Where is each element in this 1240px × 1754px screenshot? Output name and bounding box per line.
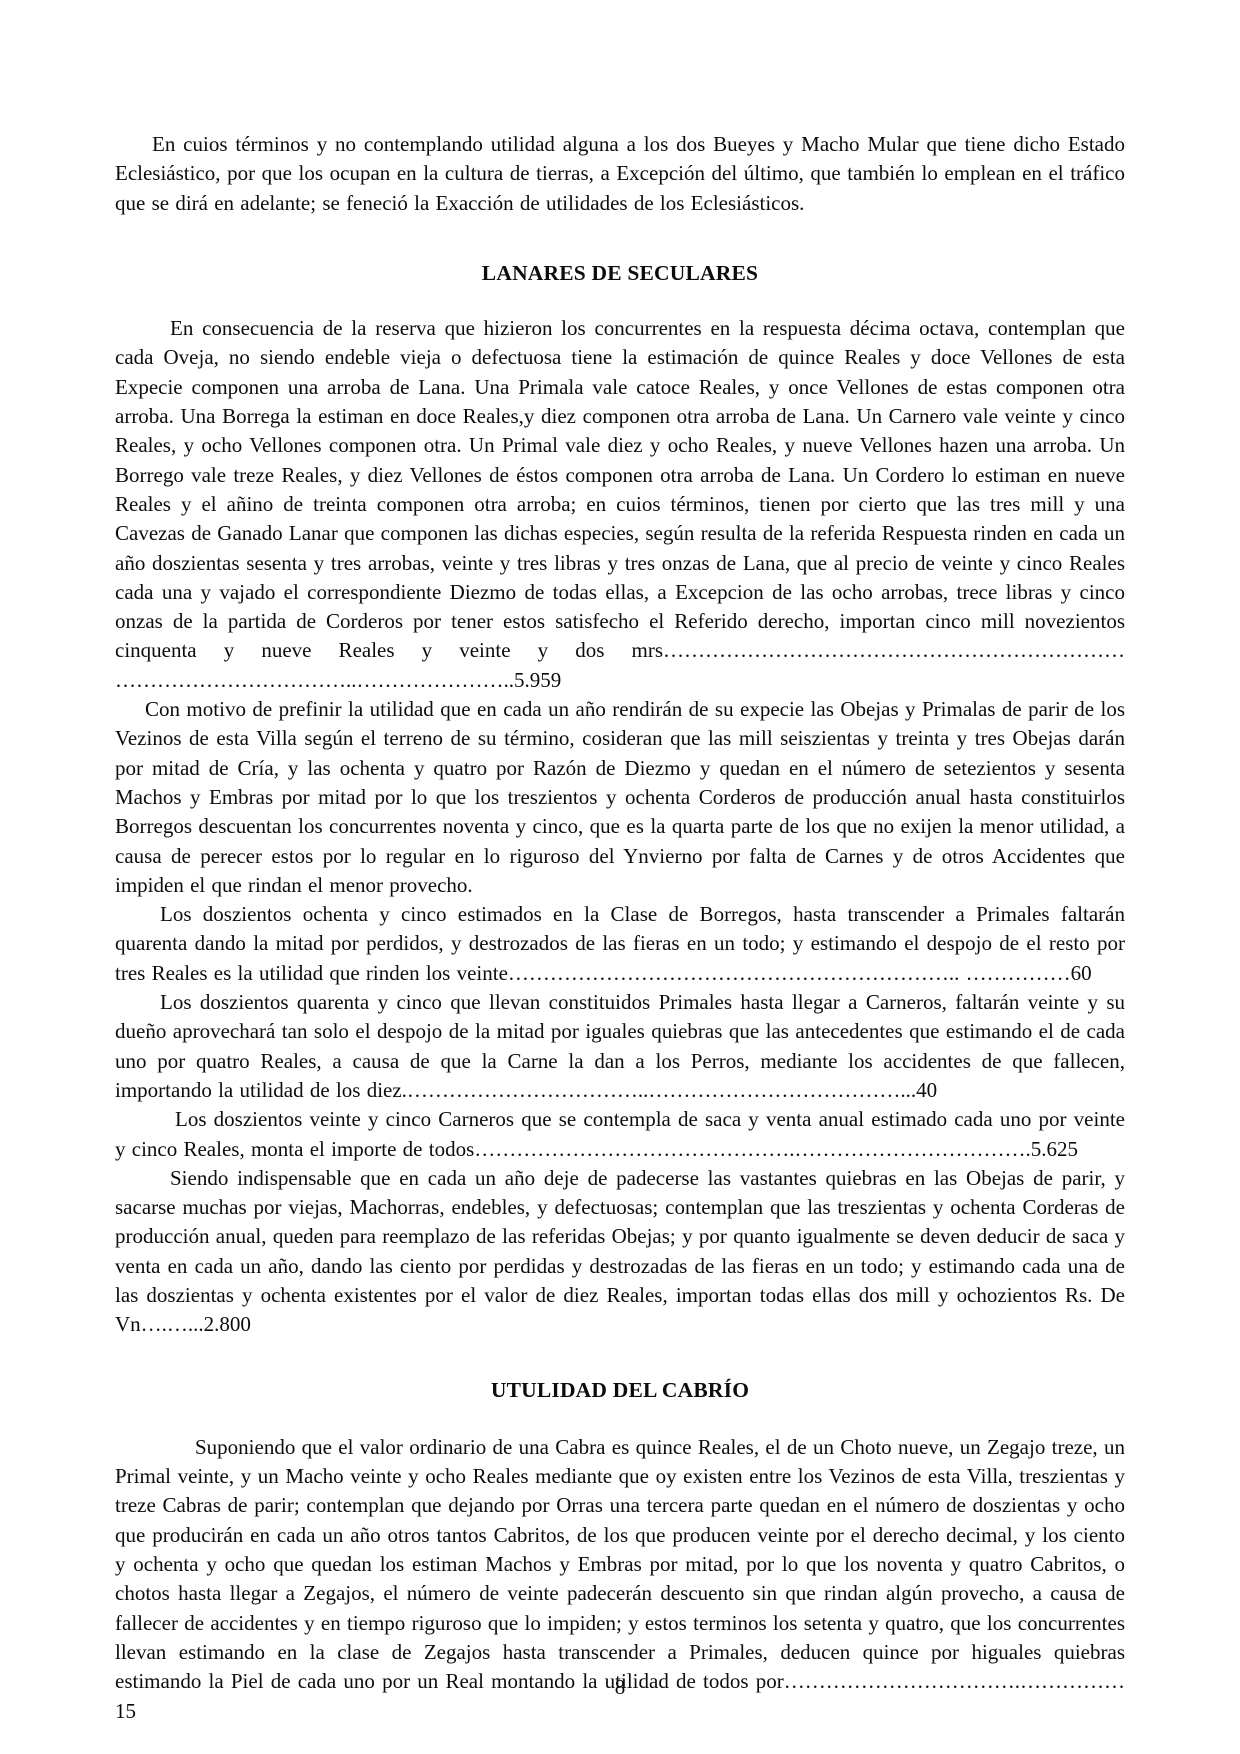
- paragraph-lanares-primales: Los doszientos quarenta y cinco que llev…: [115, 988, 1125, 1105]
- paragraph-lanares-corderas-reemplazo: Siendo indispensable que en cada un año …: [115, 1164, 1125, 1340]
- paragraph-lanares-estimaciones: En consecuencia de la reserva que hizier…: [115, 314, 1125, 695]
- document-page: En cuios términos y no contemplando util…: [0, 0, 1240, 1754]
- paragraph-lanares-borregos: Los doszientos ochenta y cinco estimados…: [115, 900, 1125, 988]
- intro-paragraph: En cuios términos y no contemplando util…: [115, 130, 1125, 218]
- page-content: En cuios términos y no contemplando util…: [115, 130, 1125, 1726]
- paragraph-lanares-obejas-primalas: Con motivo de prefinir la utilidad que e…: [115, 695, 1125, 900]
- section-heading-utulidad-del-cabrio: UTULIDAD DEL CABRÍO: [115, 1376, 1125, 1405]
- section-heading-lanares-de-seculares: LANARES DE SECULARES: [115, 259, 1125, 288]
- page-number: 8: [0, 1675, 1240, 1700]
- paragraph-lanares-carneros: Los doszientos veinte y cinco Carneros q…: [115, 1105, 1125, 1164]
